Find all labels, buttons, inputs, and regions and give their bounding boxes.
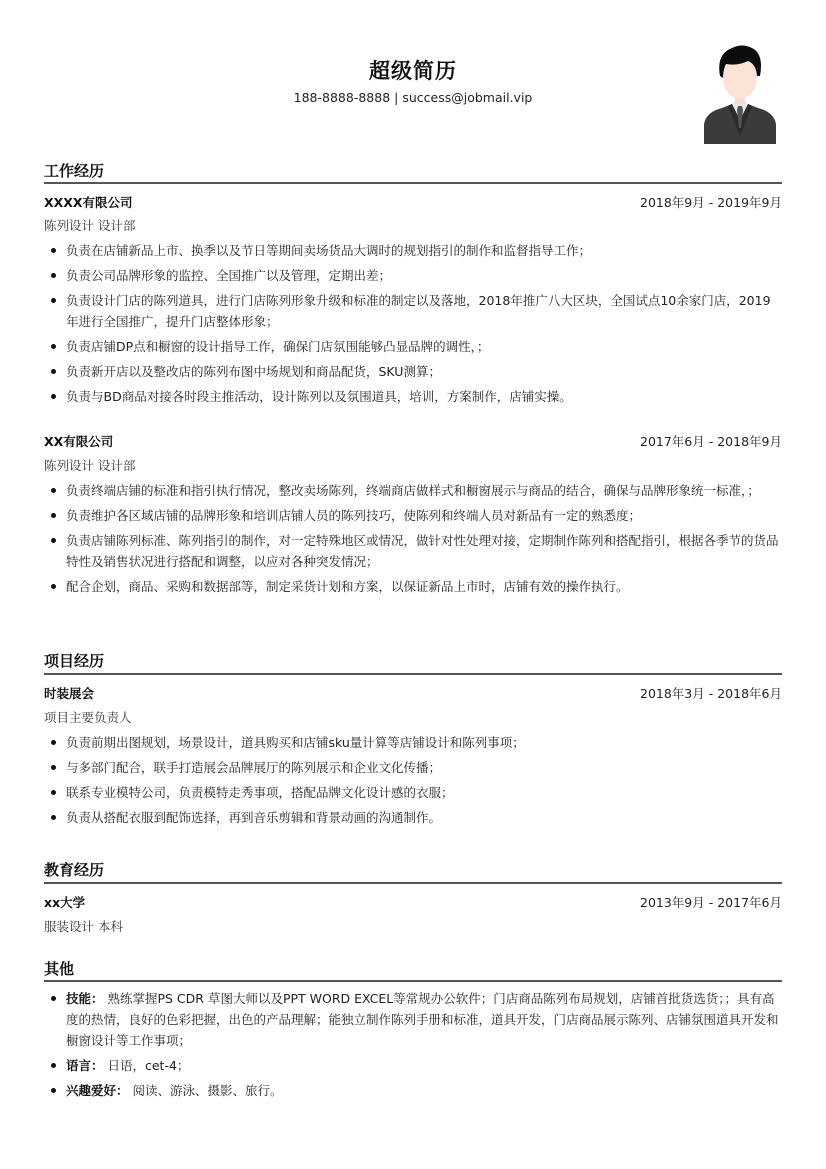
company-name: XXXX有限公司 [44, 193, 133, 211]
responsibility-list: 负责在店铺新品上市、换季以及节日等期间卖场货品大调时的规划指引的制作和监督指导工… [44, 240, 782, 411]
major-degree: 服装设计 本科 [44, 917, 123, 935]
job-role: 陈列设计 设计部 [44, 216, 135, 234]
other-info-list: 技能： 熟练掌握PS CDR 草图大师以及PPT WORD EXCEL等常规办公… [44, 988, 782, 1105]
project-role: 项目主要负责人 [44, 708, 132, 726]
project-name: 时装展会 [44, 684, 94, 702]
language-item: 语言： 日语，cet-4； [44, 1055, 782, 1076]
language-text: 日语，cet-4； [104, 1058, 190, 1073]
list-item: 负责公司品牌形象的监控、全国推广以及管理，定期出差； [44, 265, 782, 286]
school-name: xx大学 [44, 893, 85, 911]
list-item: 负责从搭配衣服到配饰选择，再到音乐剪辑和背景动画的沟通制作。 [44, 807, 782, 828]
section-title-work: 工作经历 [44, 160, 104, 181]
company-name: XX有限公司 [44, 432, 113, 450]
section-title-education: 教育经历 [44, 859, 104, 880]
list-item: 与多部门配合，联手打造展会品牌展厅的陈列展示和企业文化传播； [44, 757, 782, 778]
list-item: 负责新开店以及整改店的陈列布图中场规划和商品配货，SKU测算； [44, 361, 782, 382]
skills-text: 熟练掌握PS CDR 草图大师以及PPT WORD EXCEL等常规办公软件；门… [66, 991, 779, 1048]
list-item: 负责在店铺新品上市、换季以及节日等期间卖场货品大调时的规划指引的制作和监督指导工… [44, 240, 782, 261]
job-role: 陈列设计 设计部 [44, 456, 135, 474]
list-item: 负责店铺陈列标准、陈列指引的制作，对一定特殊地区或情况，做针对性处理对接，定期制… [44, 530, 782, 572]
section-divider [44, 980, 782, 982]
section-title-other: 其他 [44, 958, 74, 979]
skills-item: 技能： 熟练掌握PS CDR 草图大师以及PPT WORD EXCEL等常规办公… [44, 988, 782, 1051]
list-item: 负责与BD商品对接各时段主推活动，设计陈列以及氛围道具，培训，方案制作，店铺实操… [44, 386, 782, 407]
list-item: 负责前期出图规划，场景设计，道具购买和店铺sku量计算等店铺设计和陈列事项； [44, 732, 782, 753]
education-date: 2013年9月 - 2017年6月 [640, 893, 782, 911]
list-item: 负责店铺DP点和橱窗的设计指导工作，确保门店氛围能够凸显品牌的调性，； [44, 336, 782, 357]
project-task-list: 负责前期出图规划，场景设计，道具购买和店铺sku量计算等店铺设计和陈列事项； 与… [44, 732, 782, 832]
resume-page: 超级简历 188-8888-8888 | success@jobmail.vip [44, 0, 782, 150]
candidate-name: 超级简历 [44, 55, 782, 85]
list-item: 负责维护各区域店铺的品牌形象和培训店铺人员的陈列技巧，使陈列和终端人员对新品有一… [44, 505, 782, 526]
list-item: 负责终端店铺的标准和指引执行情况，整改卖场陈列，终端商店做样式和橱窗展示与商品的… [44, 480, 782, 501]
employment-date: 2017年6月 - 2018年9月 [640, 432, 782, 450]
email-address: success@jobmail.vip [402, 90, 532, 105]
contact-line: 188-8888-8888 | success@jobmail.vip [44, 90, 782, 105]
resume-header: 超级简历 188-8888-8888 | success@jobmail.vip [44, 0, 782, 150]
phone-number: 188-8888-8888 [294, 90, 391, 105]
person-avatar-icon [702, 40, 778, 144]
section-divider [44, 673, 782, 675]
language-label: 语言： [66, 1058, 104, 1073]
responsibility-list: 负责终端店铺的标准和指引执行情况，整改卖场陈列，终端商店做样式和橱窗展示与商品的… [44, 480, 782, 601]
hobbies-label: 兴趣爱好： [66, 1083, 129, 1098]
list-item: 负责设计门店的陈列道具，进行门店陈列形象升级和标准的制定以及落地，2018年推广… [44, 290, 782, 332]
hobbies-text: 阅读、游泳、摄影、旅行。 [129, 1083, 283, 1098]
section-divider [44, 182, 782, 184]
section-divider [44, 882, 782, 884]
contact-separator: | [394, 90, 398, 105]
skills-label: 技能： [66, 991, 104, 1006]
section-title-project: 项目经历 [44, 650, 104, 671]
employment-date: 2018年9月 - 2019年9月 [640, 193, 782, 211]
list-item: 配合企划，商品、采购和数据部等，制定采货计划和方案，以保证新品上市时，店铺有效的… [44, 576, 782, 597]
project-date: 2018年3月 - 2018年6月 [640, 684, 782, 702]
list-item: 联系专业模特公司，负责模特走秀事项，搭配品牌文化设计感的衣服； [44, 782, 782, 803]
hobbies-item: 兴趣爱好： 阅读、游泳、摄影、旅行。 [44, 1080, 782, 1101]
